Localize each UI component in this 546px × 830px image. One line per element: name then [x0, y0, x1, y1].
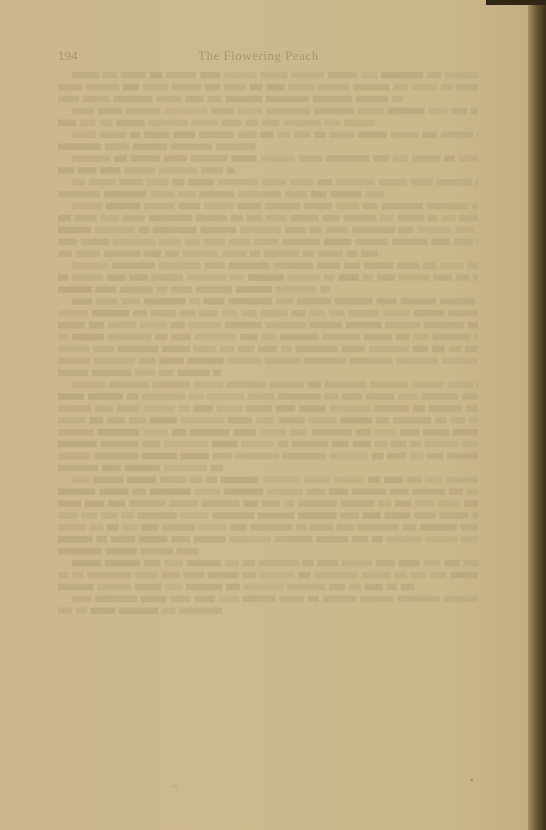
faded-body-text [0, 0, 546, 830]
footer-dot: • [470, 776, 474, 787]
footer-mark: < [172, 782, 178, 793]
